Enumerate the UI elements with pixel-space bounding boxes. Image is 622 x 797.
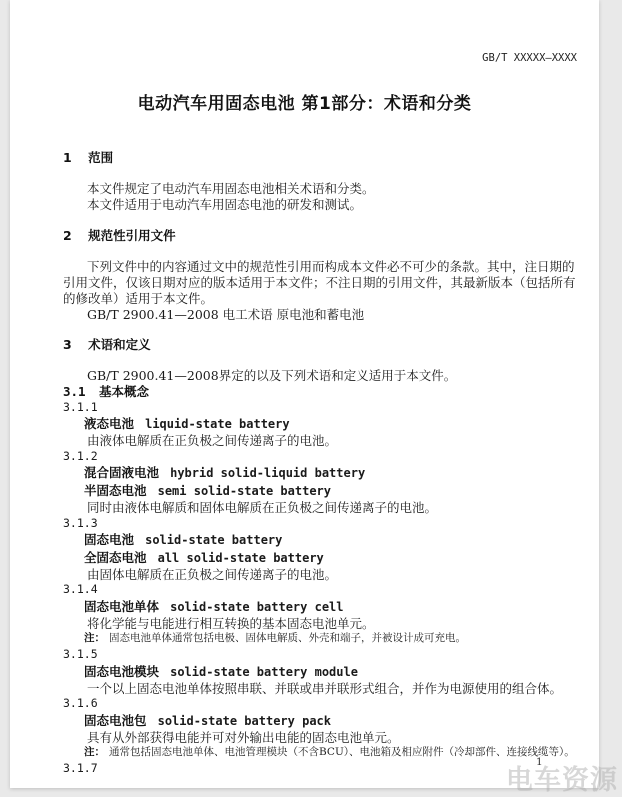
- term-name-zh: 固态电池模块: [84, 664, 159, 679]
- term-name-en: solid-state battery pack: [158, 714, 331, 728]
- terms-intro: GB/T 2900.41—2008界定的以及下列术语和定义适用于本文件。: [63, 368, 577, 384]
- term-name-en: liquid-state battery: [145, 417, 290, 431]
- term-code: 3.1.7: [63, 761, 577, 777]
- term-name-en: solid-state battery cell: [170, 600, 343, 614]
- term-name-en: hybrid solid-liquid battery: [170, 466, 365, 480]
- clause-number: 2: [63, 228, 72, 244]
- term-name: 固态电池模块 solid-state battery module: [63, 663, 577, 681]
- term-name-en: solid-state battery module: [170, 665, 358, 679]
- term-name-en: all solid-state battery: [158, 551, 324, 565]
- page-number: 1: [536, 756, 543, 768]
- term-entry-3-1-6: 3.1.6 固态电池包 solid-state battery pack 具有从…: [63, 696, 577, 761]
- section-heading-scope: 1 范围: [63, 150, 577, 166]
- clause-title: 规范性引用文件: [88, 228, 176, 243]
- subclause-title: 基本概念: [99, 384, 149, 399]
- term-code: 3.1.3: [63, 516, 577, 532]
- term-code: 3.1.6: [63, 696, 577, 712]
- term-name-zh: 液态电池: [84, 416, 134, 431]
- term-name: 液态电池 liquid-state battery: [63, 415, 577, 433]
- term-entry-3-1-5: 3.1.5 固态电池模块 solid-state battery module …: [63, 647, 577, 696]
- term-name-en: solid-state battery: [145, 533, 282, 547]
- subclause-number: 3.1: [63, 384, 86, 400]
- term-name-zh: 固态电池: [84, 532, 134, 547]
- term-code: 3.1.2: [63, 449, 577, 465]
- term-entry-3-1-4: 3.1.4 固态电池单体 solid-state battery cell 将化…: [63, 582, 577, 647]
- term-code: 3.1.4: [63, 582, 577, 598]
- term-name-zh: 固态电池单体: [84, 599, 159, 614]
- term-definition: 由固体电解质在正负极之间传递离子的电池。: [63, 567, 577, 583]
- term-code: 3.1.5: [63, 647, 577, 663]
- clause-title: 范围: [88, 150, 113, 165]
- note-label: 注：: [84, 632, 105, 644]
- clause-number: 1: [63, 150, 72, 166]
- term-definition: 同时由液体电解质和固体电解质在正负极之间传递离子的电池。: [63, 500, 577, 516]
- term-name: 全固态电池 all solid-state battery: [63, 549, 577, 567]
- document-page: GB/T XXXXX—XXXX 电动汽车用固态电池 第1部分：术语和分类 1 范…: [10, 0, 599, 788]
- term-name-zh: 全固态电池: [84, 550, 147, 565]
- normative-reference-entry: GB/T 2900.41—2008 电工术语 原电池和蓄电池: [63, 307, 577, 323]
- note-text: 固态电池单体通常包括电极、固体电解质、外壳和端子，并被设计成可充电。: [109, 632, 466, 644]
- section-heading-terms-and-definitions: 3 术语和定义: [63, 337, 577, 353]
- section-heading-normative-references: 2 规范性引用文件: [63, 228, 577, 244]
- term-definition: 一个以上固态电池单体按照串联、并联或串并联形式组合，并作为电源使用的组合体。: [63, 681, 577, 697]
- document-canvas: GB/T XXXXX—XXXX 电动汽车用固态电池 第1部分：术语和分类 1 范…: [0, 0, 622, 797]
- term-entry-3-1-7: 3.1.7: [63, 761, 577, 777]
- term-name-zh: 固态电池包: [84, 713, 147, 728]
- term-note: 注：通常包括固态电池单体、电池管理模块（不含BCU）、电池箱及相应附件（冷却部件…: [63, 745, 577, 761]
- note-text: 通常包括固态电池单体、电池管理模块（不含BCU）、电池箱及相应附件（冷却部件、连…: [109, 746, 575, 758]
- term-entry-3-1-1: 3.1.1 液态电池 liquid-state battery 由液体电解质在正…: [63, 400, 577, 449]
- term-entry-3-1-2: 3.1.2 混合固液电池 hybrid solid-liquid battery…: [63, 449, 577, 516]
- term-name-zh: 半固态电池: [84, 483, 147, 498]
- term-name: 固态电池 solid-state battery: [63, 531, 577, 549]
- scope-paragraph-1: 本文件规定了电动汽车用固态电池相关术语和分类。: [63, 181, 577, 197]
- term-name: 固态电池单体 solid-state battery cell: [63, 598, 577, 616]
- term-name: 混合固液电池 hybrid solid-liquid battery: [63, 464, 577, 482]
- term-name-zh: 混合固液电池: [84, 465, 159, 480]
- term-note: 注：固态电池单体通常包括电极、固体电解质、外壳和端子，并被设计成可充电。: [63, 631, 577, 647]
- clause-title: 术语和定义: [88, 337, 151, 352]
- term-name: 半固态电池 semi solid-state battery: [63, 482, 577, 500]
- term-definition: 将化学能与电能进行相互转换的基本固态电池单元。: [63, 616, 577, 632]
- doc-code: GB/T XXXXX—XXXX: [63, 52, 577, 65]
- doc-title: 电动汽车用固态电池 第1部分：术语和分类: [10, 94, 599, 114]
- term-code: 3.1.1: [63, 400, 577, 416]
- normative-references-paragraph: 下列文件中的内容通过文中的规范性引用而构成本文件必不可少的条款。其中，注日期的引…: [63, 259, 577, 306]
- term-definition: 具有从外部获得电能并可对外输出电能的固态电池单元。: [63, 730, 577, 746]
- subsection-heading-basic-concepts: 3.1 基本概念: [63, 384, 577, 400]
- term-name-en: semi solid-state battery: [158, 484, 331, 498]
- term-definition: 由液体电解质在正负极之间传递离子的电池。: [63, 433, 577, 449]
- clause-number: 3: [63, 337, 72, 353]
- term-name: 固态电池包 solid-state battery pack: [63, 712, 577, 730]
- note-label: 注：: [84, 746, 105, 758]
- scope-paragraph-2: 本文件适用于电动汽车用固态电池的研发和测试。: [63, 197, 577, 213]
- term-entry-3-1-3: 3.1.3 固态电池 solid-state battery 全固态电池 all…: [63, 516, 577, 583]
